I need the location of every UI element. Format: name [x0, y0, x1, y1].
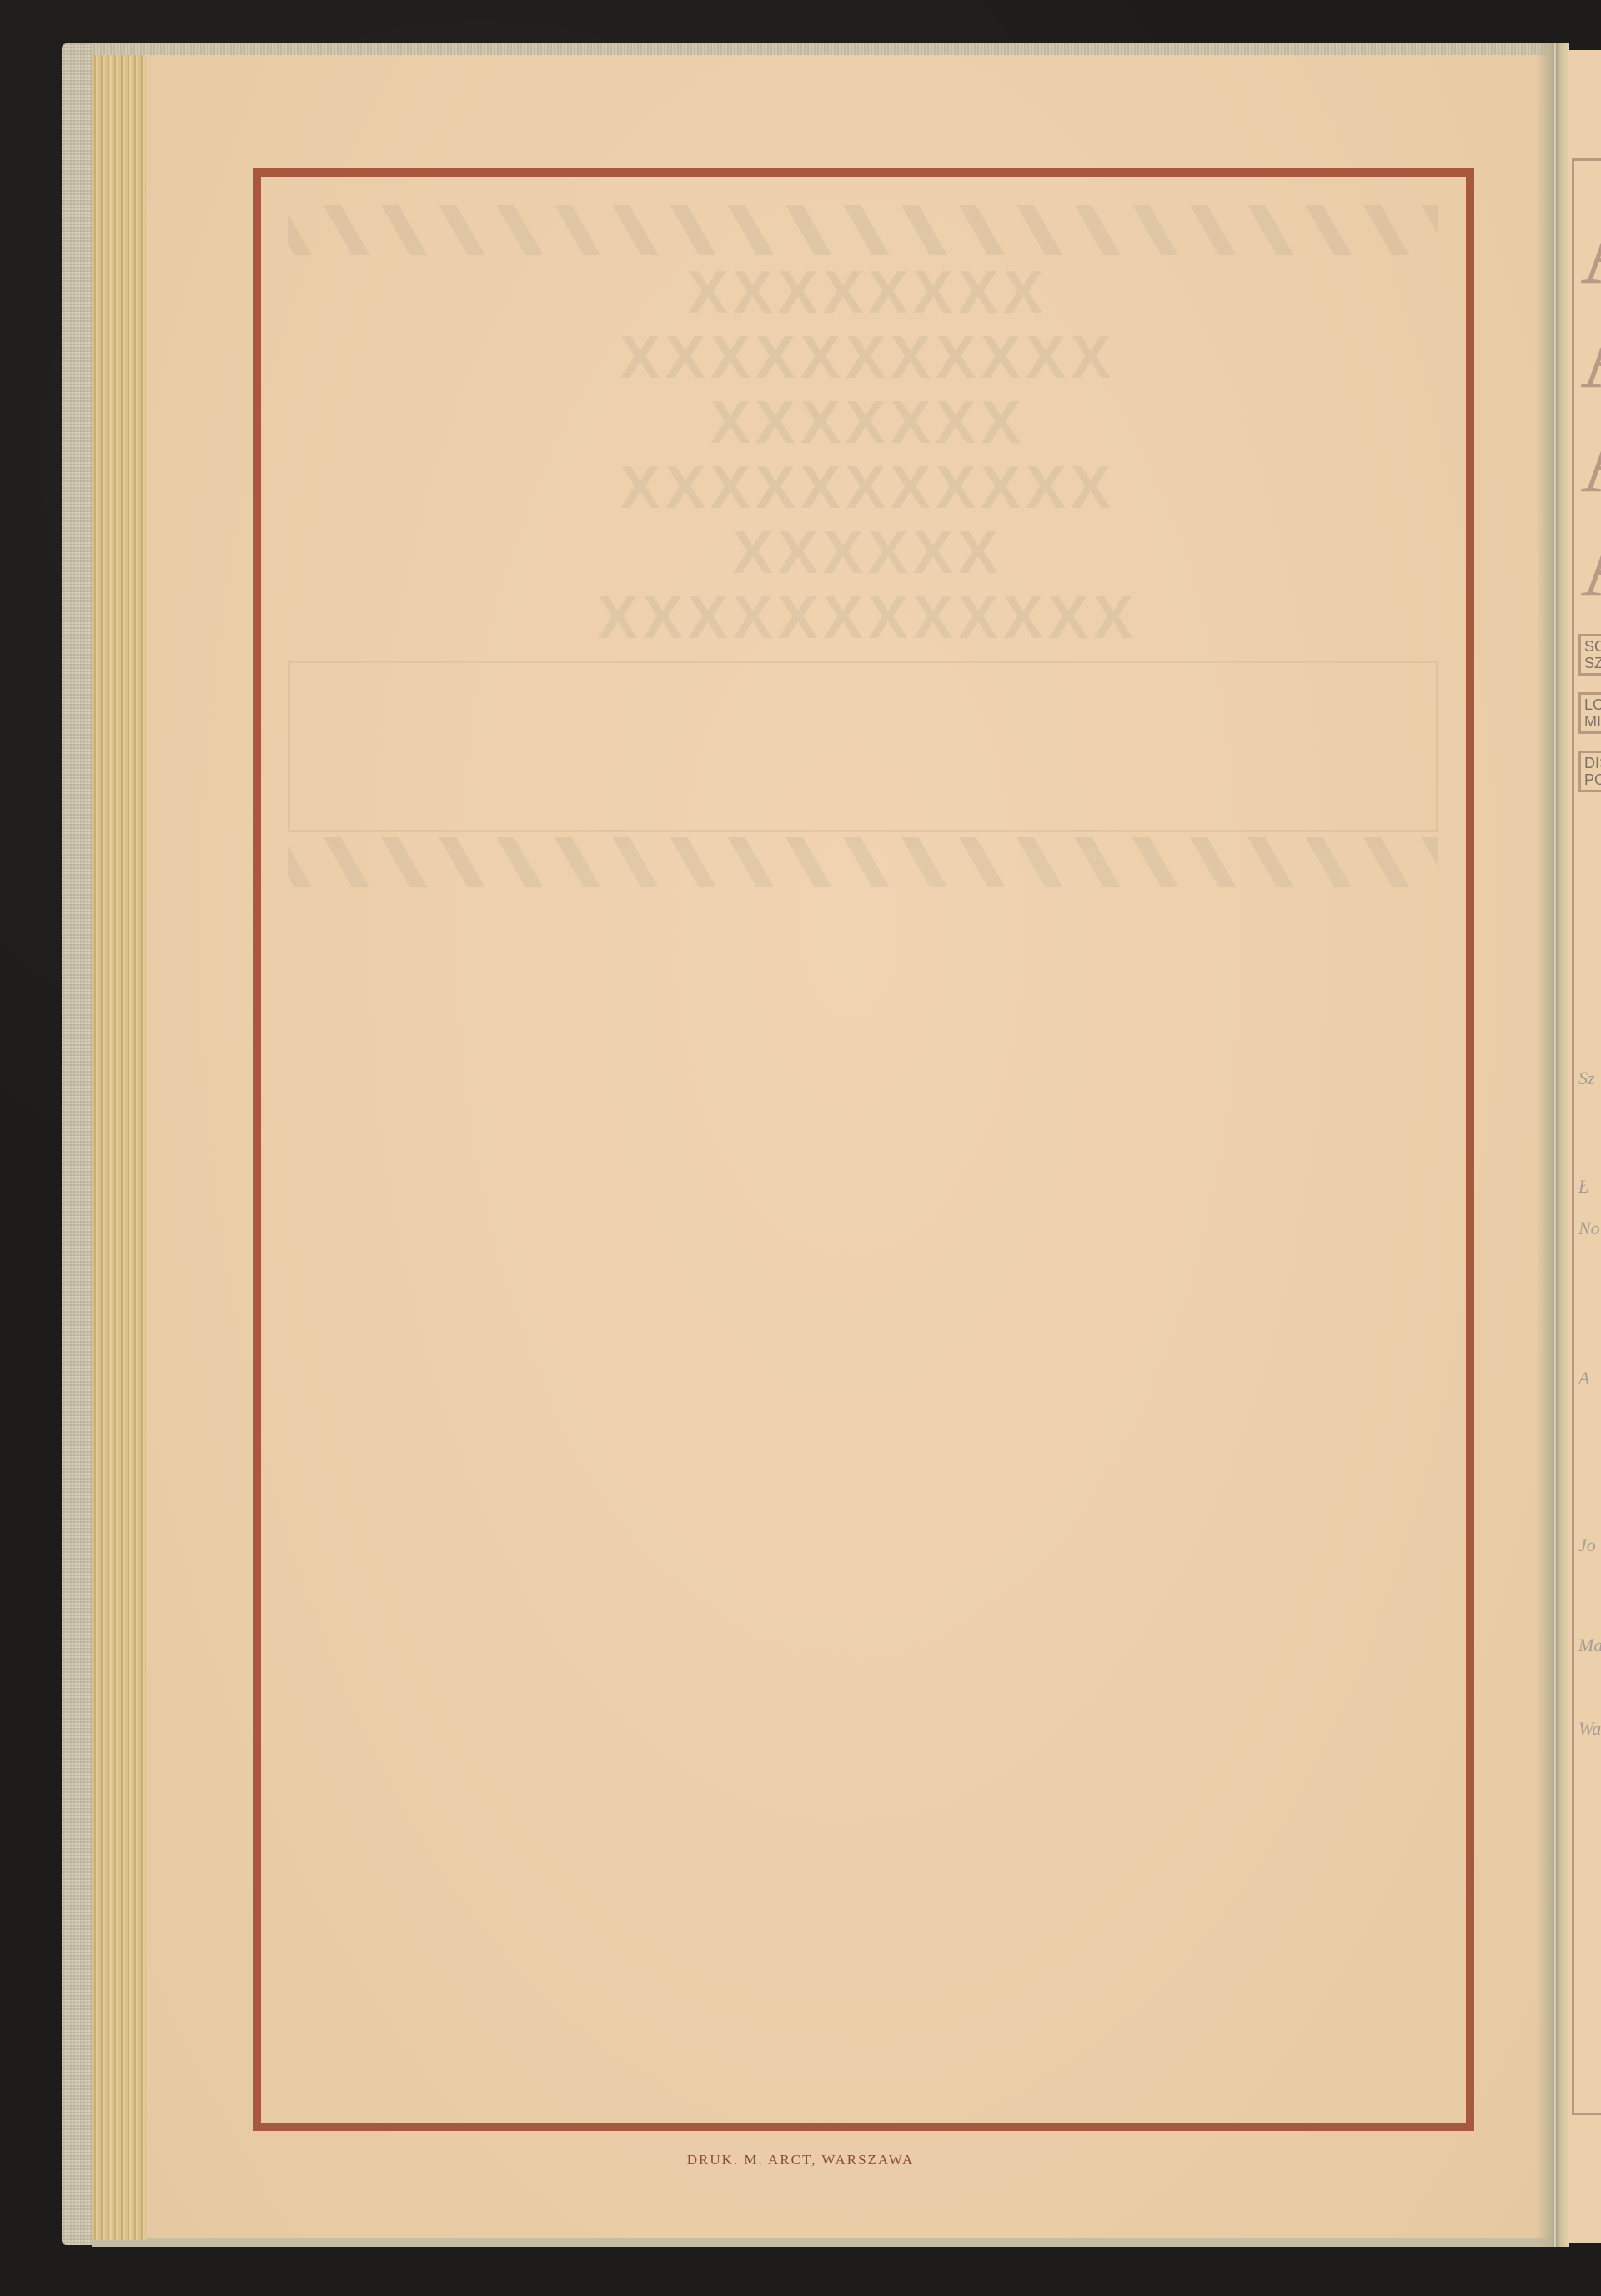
label-line: DIST [1584, 755, 1601, 771]
gutter-highlight [1554, 43, 1556, 2247]
facing-handwriting: Jo [1578, 1535, 1596, 1556]
page-stack-edges [92, 55, 147, 2240]
label-line: POV [1584, 771, 1601, 788]
label-line: MIE [1584, 713, 1601, 730]
facing-label-school: SCH SZK [1578, 634, 1601, 676]
facing-letter: A [1580, 513, 1601, 617]
label-line: SCH [1584, 638, 1601, 655]
facing-letter: A [1580, 200, 1601, 304]
facing-label-district: DIST POV [1578, 751, 1601, 792]
facing-label-location: LOC MIE [1578, 692, 1601, 734]
book-gutter-shadow [1536, 43, 1569, 2247]
label-line: SZK [1584, 655, 1601, 671]
facing-handwriting: A [1578, 1368, 1589, 1389]
facing-letter: A [1580, 409, 1601, 513]
page-frame-border [253, 168, 1474, 2131]
facing-letter: A [1580, 304, 1601, 409]
facing-handwriting: Ł [1578, 1176, 1588, 1198]
facing-handwriting: Sz [1578, 1068, 1595, 1089]
facing-page-decorative-letters: A A A A [1580, 200, 1601, 617]
facing-handwriting: Wa [1578, 1718, 1601, 1740]
printer-imprint: DRUK. M. ARCT, WARSZAWA [0, 2152, 1601, 2168]
facing-handwriting: Ma [1578, 1635, 1601, 1656]
facing-handwriting: No [1578, 1218, 1600, 1239]
label-line: LOC [1584, 696, 1601, 713]
